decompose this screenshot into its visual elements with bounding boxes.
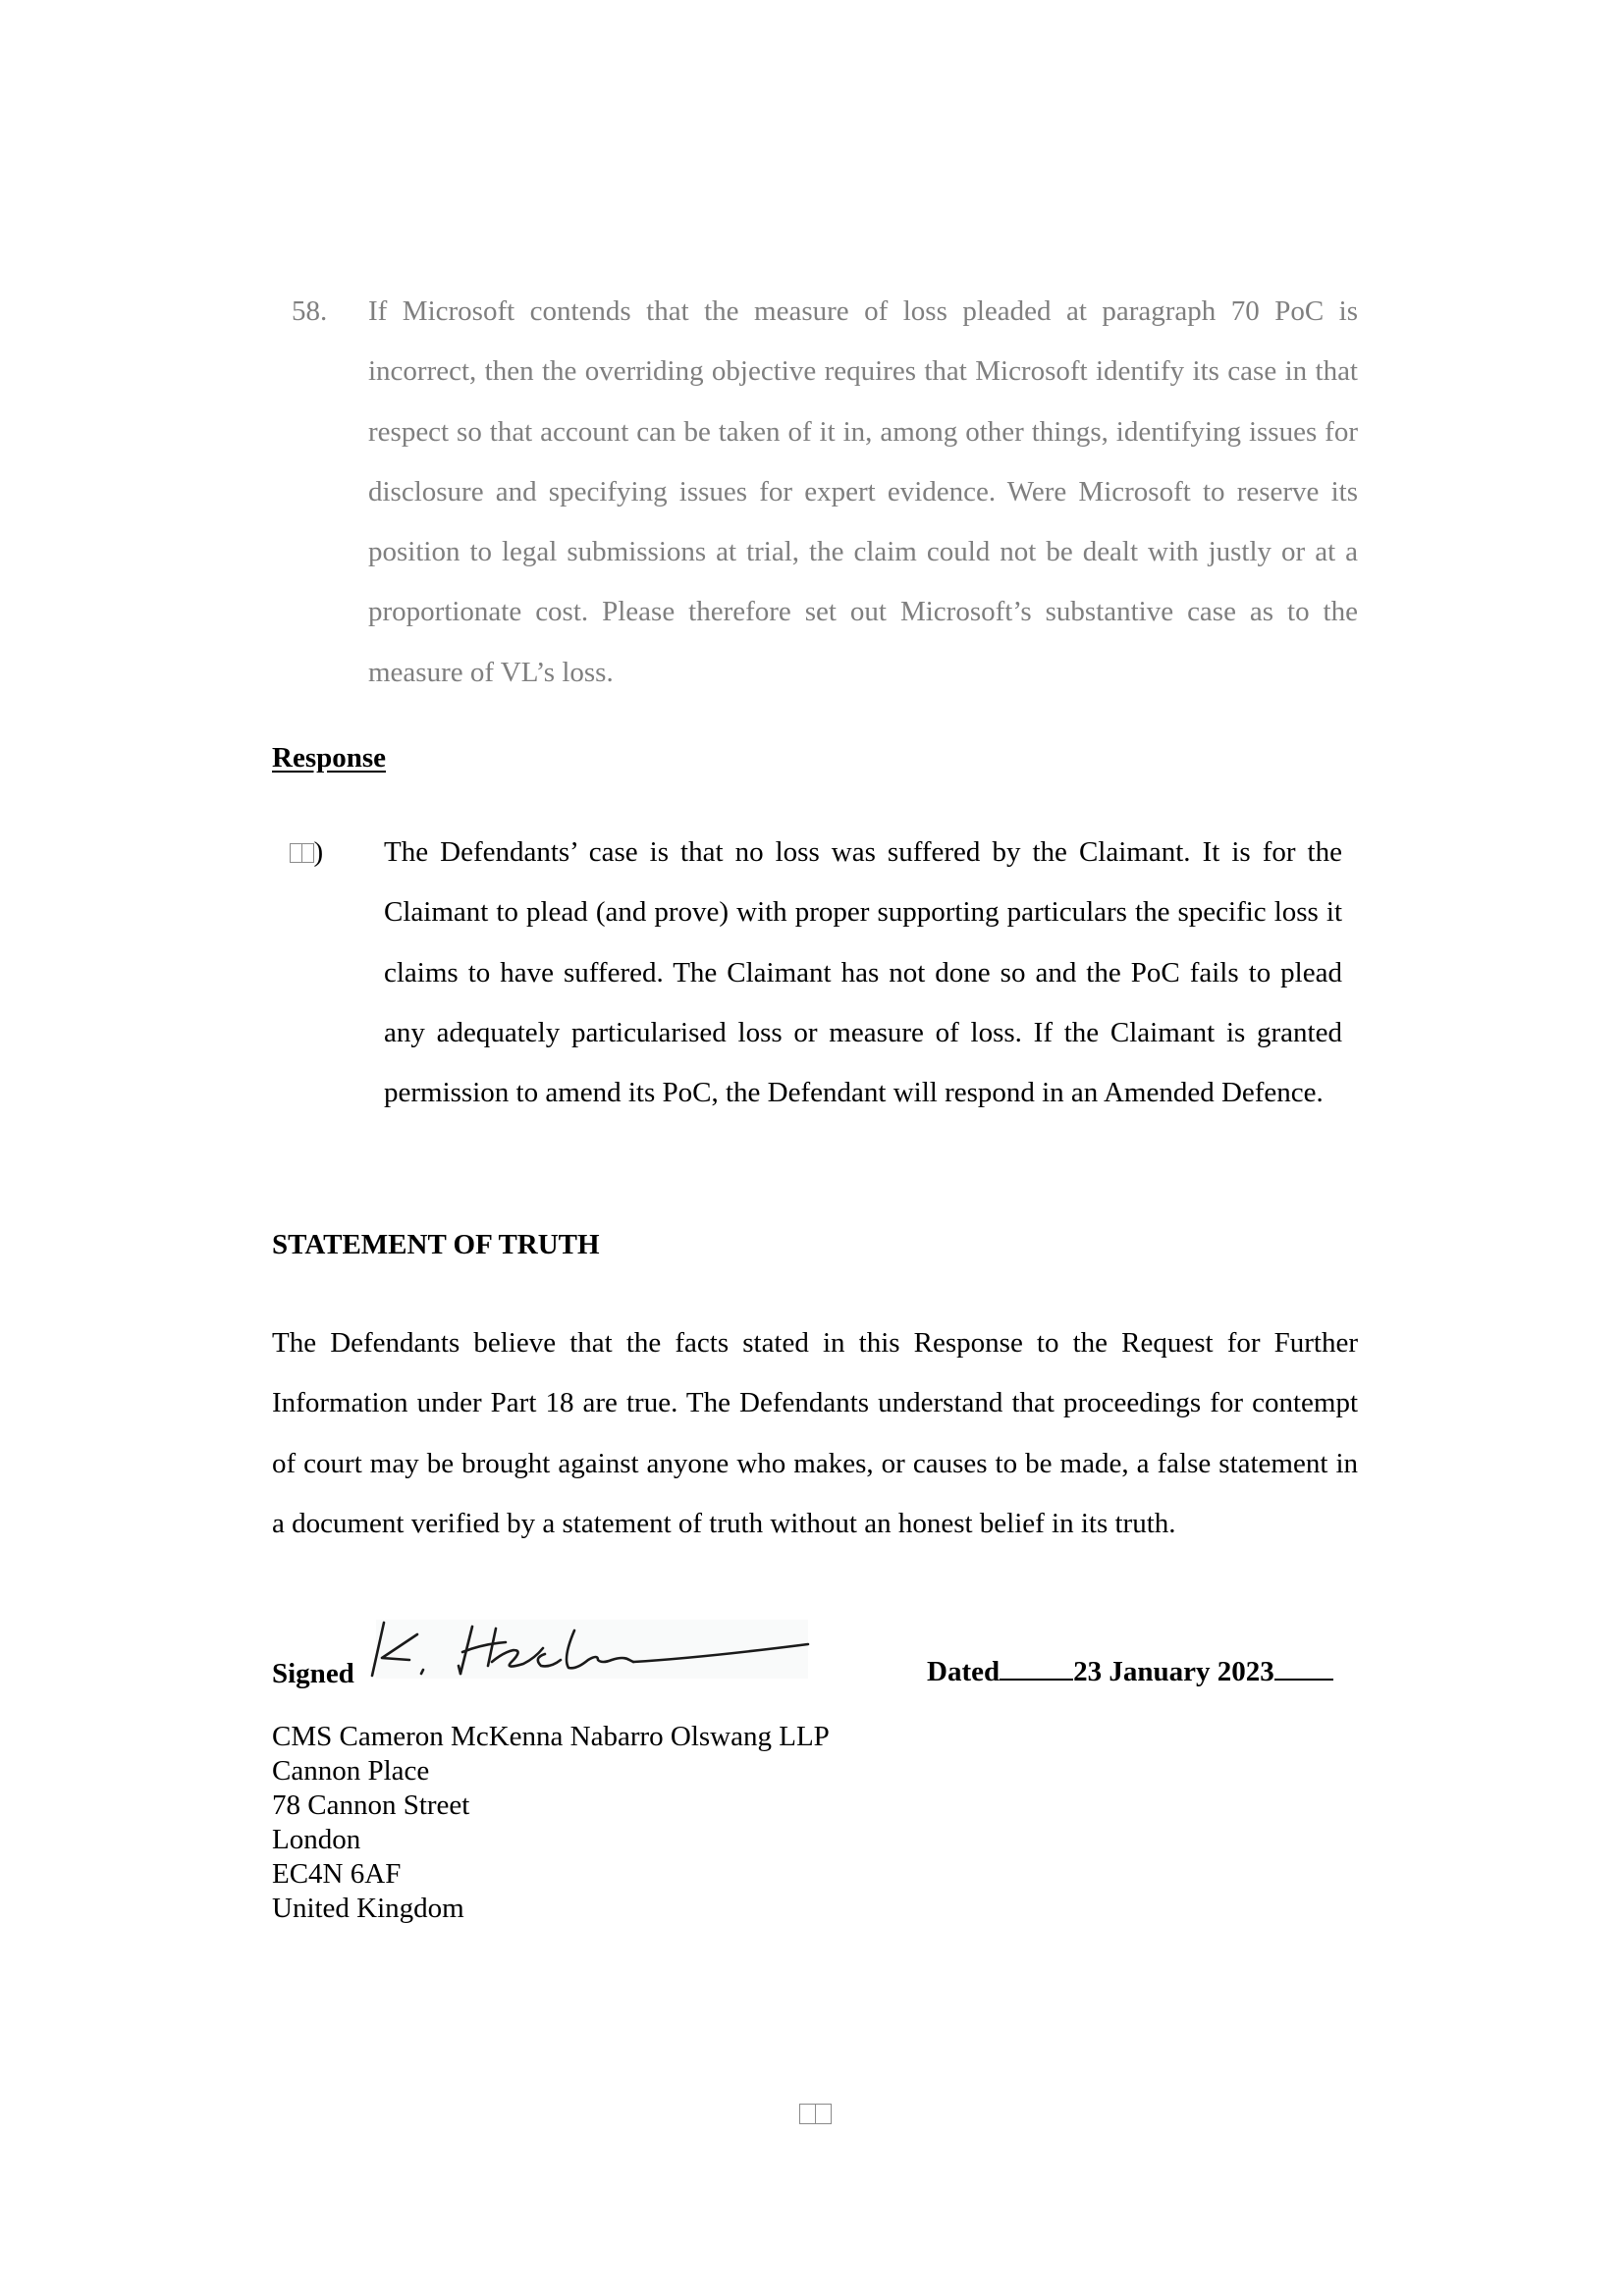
signature-row: Signed Dated23 January 2023 — [272, 1615, 1362, 1693]
date-blank-line — [1000, 1651, 1073, 1681]
response-number-suffix: ) — [314, 823, 324, 882]
missing-glyph-icon — [815, 2104, 832, 2124]
statement-of-truth-heading: STATEMENT OF TRUTH — [272, 1225, 600, 1264]
signed-label: Signed — [272, 1654, 354, 1693]
response-heading: Response — [272, 738, 386, 777]
address-line: Cannon Place — [272, 1754, 830, 1789]
statement-of-truth-text: The Defendants believe that the facts st… — [272, 1313, 1358, 1554]
dated-field: Dated23 January 2023 — [927, 1651, 1333, 1691]
paragraph-58-number: 58. — [292, 282, 327, 342]
response-paragraph-text: The Defendants’ case is that no loss was… — [384, 823, 1342, 1123]
date-value: 23 January 2023 — [1073, 1656, 1274, 1687]
address-line: 78 Cannon Street — [272, 1789, 830, 1823]
address-line: CMS Cameron McKenna Nabarro Olswang LLP — [272, 1720, 830, 1754]
response-paragraph-number: ) — [290, 823, 323, 882]
document-page: 58. If Microsoft contends that the measu… — [0, 0, 1623, 2296]
paragraph-58-text: If Microsoft contends that the measure o… — [368, 282, 1358, 703]
address-line: United Kingdom — [272, 1892, 830, 1926]
signature-icon — [366, 1615, 818, 1693]
missing-glyph-icon — [301, 843, 314, 863]
address-line: London — [272, 1823, 830, 1857]
date-blank-line — [1274, 1651, 1333, 1681]
address-line: EC4N 6AF — [272, 1857, 830, 1892]
page-number — [799, 2104, 832, 2124]
dated-label: Dated — [927, 1656, 1000, 1687]
firm-address: CMS Cameron McKenna Nabarro Olswang LLP … — [272, 1720, 830, 1926]
missing-glyph-icon — [799, 2104, 816, 2124]
